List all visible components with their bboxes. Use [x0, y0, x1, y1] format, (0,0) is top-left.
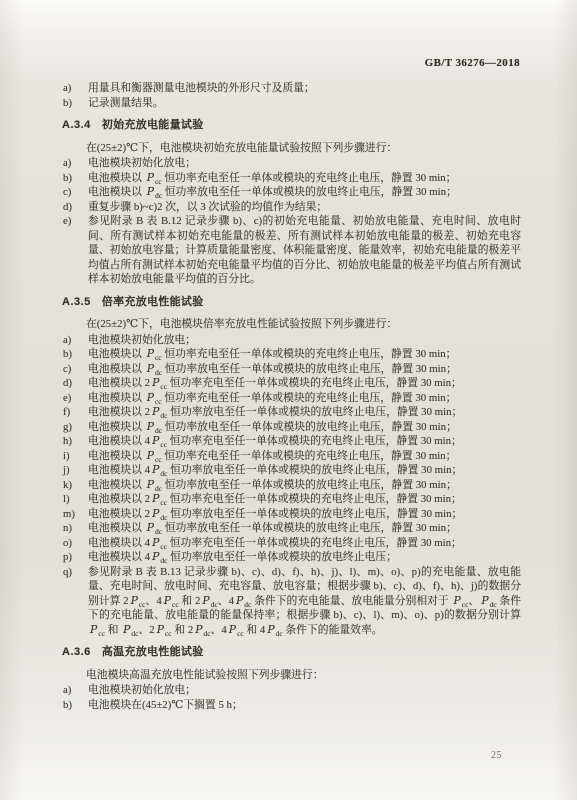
list-item: i)电池模块以 Pcc 恒功率充电至任一单体或模块的充电终止电压，静置 30 m… — [62, 449, 521, 464]
list-item: a)用量具和衡器测量电池模块的外形尺寸及质量； — [62, 81, 521, 96]
symbol-base: P — [145, 420, 155, 433]
list-item-text: 重复步骤 b)~c)2 次，以 3 次试验的均值作为结果； — [88, 200, 521, 215]
symbol-base: P — [88, 623, 98, 636]
list-item: b)记录测量结果。 — [62, 96, 521, 111]
list-item: m)电池模块以 2Pdc 恒功率放电至任一单体或模块的放电终止电压，静置 30 … — [62, 507, 521, 522]
symbol-base: P — [150, 434, 160, 447]
list-item: f)电池模块以 2Pdc 恒功率放电至任一单体或模块的放电终止电压，静置 30 … — [62, 405, 521, 420]
list-item-text: 电池模块初始化放电； — [88, 333, 521, 348]
list-item: b)电池模块以 Pcc 恒功率充电至任一单体或模块的充电终止电压，静置 30 m… — [62, 347, 521, 362]
symbol-base: P — [234, 594, 244, 607]
list-item: b)电池模块以 Pcc 恒功率充电至任一单体或模块的充电终止电压，静置 30 m… — [62, 171, 521, 186]
symbol-base: P — [145, 171, 155, 184]
symbol-subscript: cc — [98, 629, 105, 638]
symbol-base: P — [265, 623, 275, 636]
list-item-marker: l) — [62, 492, 88, 507]
list-item-text: 电池模块以 Pcc 恒功率充电至任一单体或模块的充电终止电压，静置 30 min… — [88, 449, 521, 464]
list-item-marker: c) — [62, 185, 88, 200]
list-item: h)电池模块以 4Pcc 恒功率充电至任一单体或模块的充电终止电压，静置 30 … — [62, 434, 521, 449]
page-number: 25 — [491, 750, 502, 761]
list-item-text: 电池模块初始化放电； — [88, 683, 521, 698]
list-item: j)电池模块以 4Pdc 恒功率放电至任一单体或模块的放电终止电压，静置 30 … — [62, 463, 521, 478]
step-list: a)电池模块初始化放电；b)电池模块以 Pcc 恒功率充电至任一单体或模块的充电… — [62, 333, 521, 638]
list-item: e)电池模块以 Pcc 恒功率充电至任一单体或模块的充电终止电压，静置 30 m… — [62, 391, 521, 406]
list-item-marker: e) — [62, 214, 88, 287]
list-item-marker: b) — [62, 698, 88, 713]
list-item-marker: o) — [62, 536, 88, 551]
symbol-base: P — [150, 492, 160, 505]
list-item-text: 电池模块以 Pcc 恒功率充电至任一单体或模块的充电终止电压，静置 30 min… — [88, 347, 521, 362]
symbol-subscript: cc — [139, 600, 146, 609]
running-header: GB/T 36276—2018 — [425, 57, 520, 69]
section-number: A.3.6 — [62, 646, 91, 658]
list-item-marker: p) — [62, 550, 88, 565]
step-list: a)电池模块初始化放电；b)电池模块以 Pcc 恒功率充电至任一单体或模块的充电… — [62, 156, 521, 287]
list-item-text: 电池模块以 Pdc 恒功率放电至任一单体或模块的放电终止电压，静置 30 min… — [88, 185, 521, 200]
list-item-text: 电池模块以 Pcc 恒功率充电至任一单体或模块的充电终止电压，静置 30 min… — [88, 171, 521, 186]
list-item-marker: q) — [62, 565, 88, 638]
list-item-marker: f) — [62, 405, 88, 420]
list-item-text: 电池模块初始化放电； — [88, 156, 521, 171]
symbol-base: P — [193, 623, 203, 636]
list-item: q)参见附录 B 表 B.13 记录步骤 b)、c)、d)、f)、h)、j)、l… — [62, 565, 521, 638]
list-item-marker: h) — [62, 434, 88, 449]
symbol-base: P — [452, 594, 462, 607]
symbol-base: P — [150, 463, 160, 476]
step-list: a)电池模块初始化放电；b)电池模块在(45±2)℃下搁置 5 h； — [62, 683, 521, 712]
list-item: a)电池模块初始化放电； — [62, 333, 521, 348]
symbol-base: P — [155, 623, 165, 636]
list-item-text: 电池模块以 2Pcc 恒功率充电至任一单体或模块的充电终止电压，静置 30 mi… — [88, 376, 521, 391]
list-item-marker: i) — [62, 449, 88, 464]
list-item-marker: m) — [62, 507, 88, 522]
symbol-base: P — [150, 376, 160, 389]
list-item: d)重复步骤 b)~c)2 次，以 3 次试验的均值作为结果； — [62, 200, 521, 215]
symbol-base: P — [200, 594, 210, 607]
list-item-marker: j) — [62, 463, 88, 478]
symbol-base: P — [227, 623, 237, 636]
list-item: a)电池模块初始化放电； — [62, 156, 521, 171]
symbol-base: P — [145, 185, 155, 198]
symbol-base: P — [145, 521, 155, 534]
list-item: c)电池模块以 Pdc 恒功率放电至任一单体或模块的放电终止电压，静置 30 m… — [62, 362, 521, 377]
list-item-marker: e) — [62, 391, 88, 406]
list-item-text: 电池模块以 Pdc 恒功率放电至任一单体或模块的放电终止电压，静置 30 min… — [88, 420, 521, 435]
list-item-marker: b) — [62, 347, 88, 362]
symbol-base: P — [479, 594, 489, 607]
list-item-marker: d) — [62, 376, 88, 391]
list-item-text: 电池模块以 Pcc 恒功率充电至任一单体或模块的充电终止电压，静置 30 min… — [88, 391, 521, 406]
paragraph: 电池模块高温充放电性能试验按照下列步骤进行： — [62, 668, 521, 683]
list-item-marker: d) — [62, 200, 88, 215]
section-heading: A.3.5倍率充放电性能试验 — [62, 295, 521, 310]
list-item-marker: g) — [62, 420, 88, 435]
list-item: l)电池模块以 2Pcc 恒功率充电至任一单体或模块的充电终止电压，静置 30 … — [62, 492, 521, 507]
symbol-base: P — [145, 449, 155, 462]
list-item: d)电池模块以 2Pcc 恒功率充电至任一单体或模块的充电终止电压，静置 30 … — [62, 376, 521, 391]
section-title: 初始充放电能量试验 — [102, 119, 204, 131]
list-item: k)电池模块以 Pdc 恒功率放电至任一单体或模块的放电终止电压，静置 30 m… — [62, 478, 521, 493]
symbol-base: P — [150, 550, 160, 563]
symbol-subscript: cc — [172, 600, 179, 609]
paragraph: 在(25±2)℃下，电池模块倍率充放电性能试验按照下列步骤进行： — [62, 317, 521, 332]
list-item-text: 参见附录 B 表 B.13 记录步骤 b)、c)、d)、f)、h)、j)、l)、… — [88, 565, 521, 638]
symbol-subscript: dc — [131, 629, 138, 638]
section-title: 高温充放电性能试验 — [102, 646, 204, 658]
symbol-base: P — [145, 391, 155, 404]
list-item: c)电池模块以 Pdc 恒功率放电至任一单体或模块的放电终止电压，静置 30 m… — [62, 185, 521, 200]
list-item-text: 电池模块以 4Pcc 恒功率充电至任一单体或模块的充电终止电压，静置 30 mi… — [88, 536, 521, 551]
section-number: A.3.5 — [62, 296, 91, 308]
section-number: A.3.4 — [62, 119, 91, 131]
symbol-base: P — [121, 623, 131, 636]
list-item-marker: a) — [62, 683, 88, 698]
step-list: a)用量具和衡器测量电池模块的外形尺寸及质量；b)记录测量结果。 — [62, 81, 521, 110]
list-item-marker: k) — [62, 478, 88, 493]
symbol-base: P — [129, 594, 139, 607]
symbol-base: P — [145, 347, 155, 360]
list-item: g)电池模块以 Pdc 恒功率放电至任一单体或模块的放电终止电压，静置 30 m… — [62, 420, 521, 435]
list-item-text: 电池模块以 4Pcc 恒功率充电至任一单体或模块的充电终止电压，静置 30 mi… — [88, 434, 521, 449]
symbol-base: P — [145, 478, 155, 491]
list-item: n)电池模块以 Pdc 恒功率放电至任一单体或模块的放电终止电压，静置 30 m… — [62, 521, 521, 536]
section-heading: A.3.4初始充放电能量试验 — [62, 118, 521, 133]
list-item-text: 电池模块以 4Pdc 恒功率放电至任一单体或模块的放电终止电压，静置 30 mi… — [88, 463, 521, 478]
list-item: o)电池模块以 4Pcc 恒功率充电至任一单体或模块的充电终止电压，静置 30 … — [62, 536, 521, 551]
symbol-subscript: dc — [490, 600, 497, 609]
list-item-marker: a) — [62, 333, 88, 348]
symbol-subscript: cc — [237, 629, 244, 638]
list-item-marker: a) — [62, 156, 88, 171]
list-item: e)参见附录 B 表 B.12 记录步骤 b)、c)的初始充电能量、初始放电能量… — [62, 214, 521, 287]
list-item-text: 记录测量结果。 — [88, 96, 521, 111]
scanned-document-page: GB/T 36276—2018 a)用量具和衡器测量电池模块的外形尺寸及质量；b… — [0, 0, 577, 800]
symbol-subscript: cc — [165, 629, 172, 638]
symbol-base: P — [145, 362, 155, 375]
list-item-text: 参见附录 B 表 B.12 记录步骤 b)、c)的初始充电能量、初始放电能量、充… — [88, 214, 521, 287]
list-item-text: 电池模块以 4Pdc 恒功率放电至任一单体或模块的放电终止电压； — [88, 550, 521, 565]
list-item-marker: b) — [62, 96, 88, 111]
list-item-marker: c) — [62, 362, 88, 377]
symbol-subscript: dc — [244, 600, 251, 609]
list-item-text: 用量具和衡器测量电池模块的外形尺寸及质量； — [88, 81, 521, 96]
list-item-marker: a) — [62, 81, 88, 96]
list-item: p)电池模块以 4Pdc 恒功率放电至任一单体或模块的放电终止电压； — [62, 550, 521, 565]
standard-number: GB/T 36276—2018 — [425, 57, 520, 69]
symbol-subscript: dc — [276, 629, 283, 638]
paragraph: 在(25±2)℃下，电池模块初始充放电能量试验按照下列步骤进行： — [62, 141, 521, 156]
section-heading: A.3.6高温充放电性能试验 — [62, 645, 521, 660]
document-body: a)用量具和衡器测量电池模块的外形尺寸及质量；b)记录测量结果。A.3.4初始充… — [62, 81, 521, 712]
symbol-subscript: dc — [211, 600, 218, 609]
list-item-marker: n) — [62, 521, 88, 536]
list-item-text: 电池模块以 2Pcc 恒功率充电至任一单体或模块的充电终止电压，静置 30 mi… — [88, 492, 521, 507]
section-title: 倍率充放电性能试验 — [102, 296, 204, 308]
list-item-text: 电池模块以 Pdc 恒功率放电至任一单体或模块的放电终止电压，静置 30 min… — [88, 521, 521, 536]
list-item: b)电池模块在(45±2)℃下搁置 5 h； — [62, 698, 521, 713]
list-item-text: 电池模块以 2Pdc 恒功率放电至任一单体或模块的放电终止电压，静置 30 mi… — [88, 507, 521, 522]
symbol-subscript: dc — [204, 629, 211, 638]
symbol-base: P — [150, 507, 160, 520]
symbol-base: P — [150, 405, 160, 418]
list-item-text: 电池模块以 Pdc 恒功率放电至任一单体或模块的放电终止电压，静置 30 min… — [88, 478, 521, 493]
list-item-text: 电池模块在(45±2)℃下搁置 5 h； — [88, 698, 521, 713]
list-item: a)电池模块初始化放电； — [62, 683, 521, 698]
list-item-text: 电池模块以 Pdc 恒功率放电至任一单体或模块的放电终止电压，静置 30 min… — [88, 362, 521, 377]
symbol-base: P — [162, 594, 172, 607]
list-item-text: 电池模块以 2Pdc 恒功率放电至任一单体或模块的放电终止电压，静置 30 mi… — [88, 405, 521, 420]
symbol-subscript: cc — [462, 600, 469, 609]
symbol-base: P — [150, 536, 160, 549]
list-item-marker: b) — [62, 171, 88, 186]
